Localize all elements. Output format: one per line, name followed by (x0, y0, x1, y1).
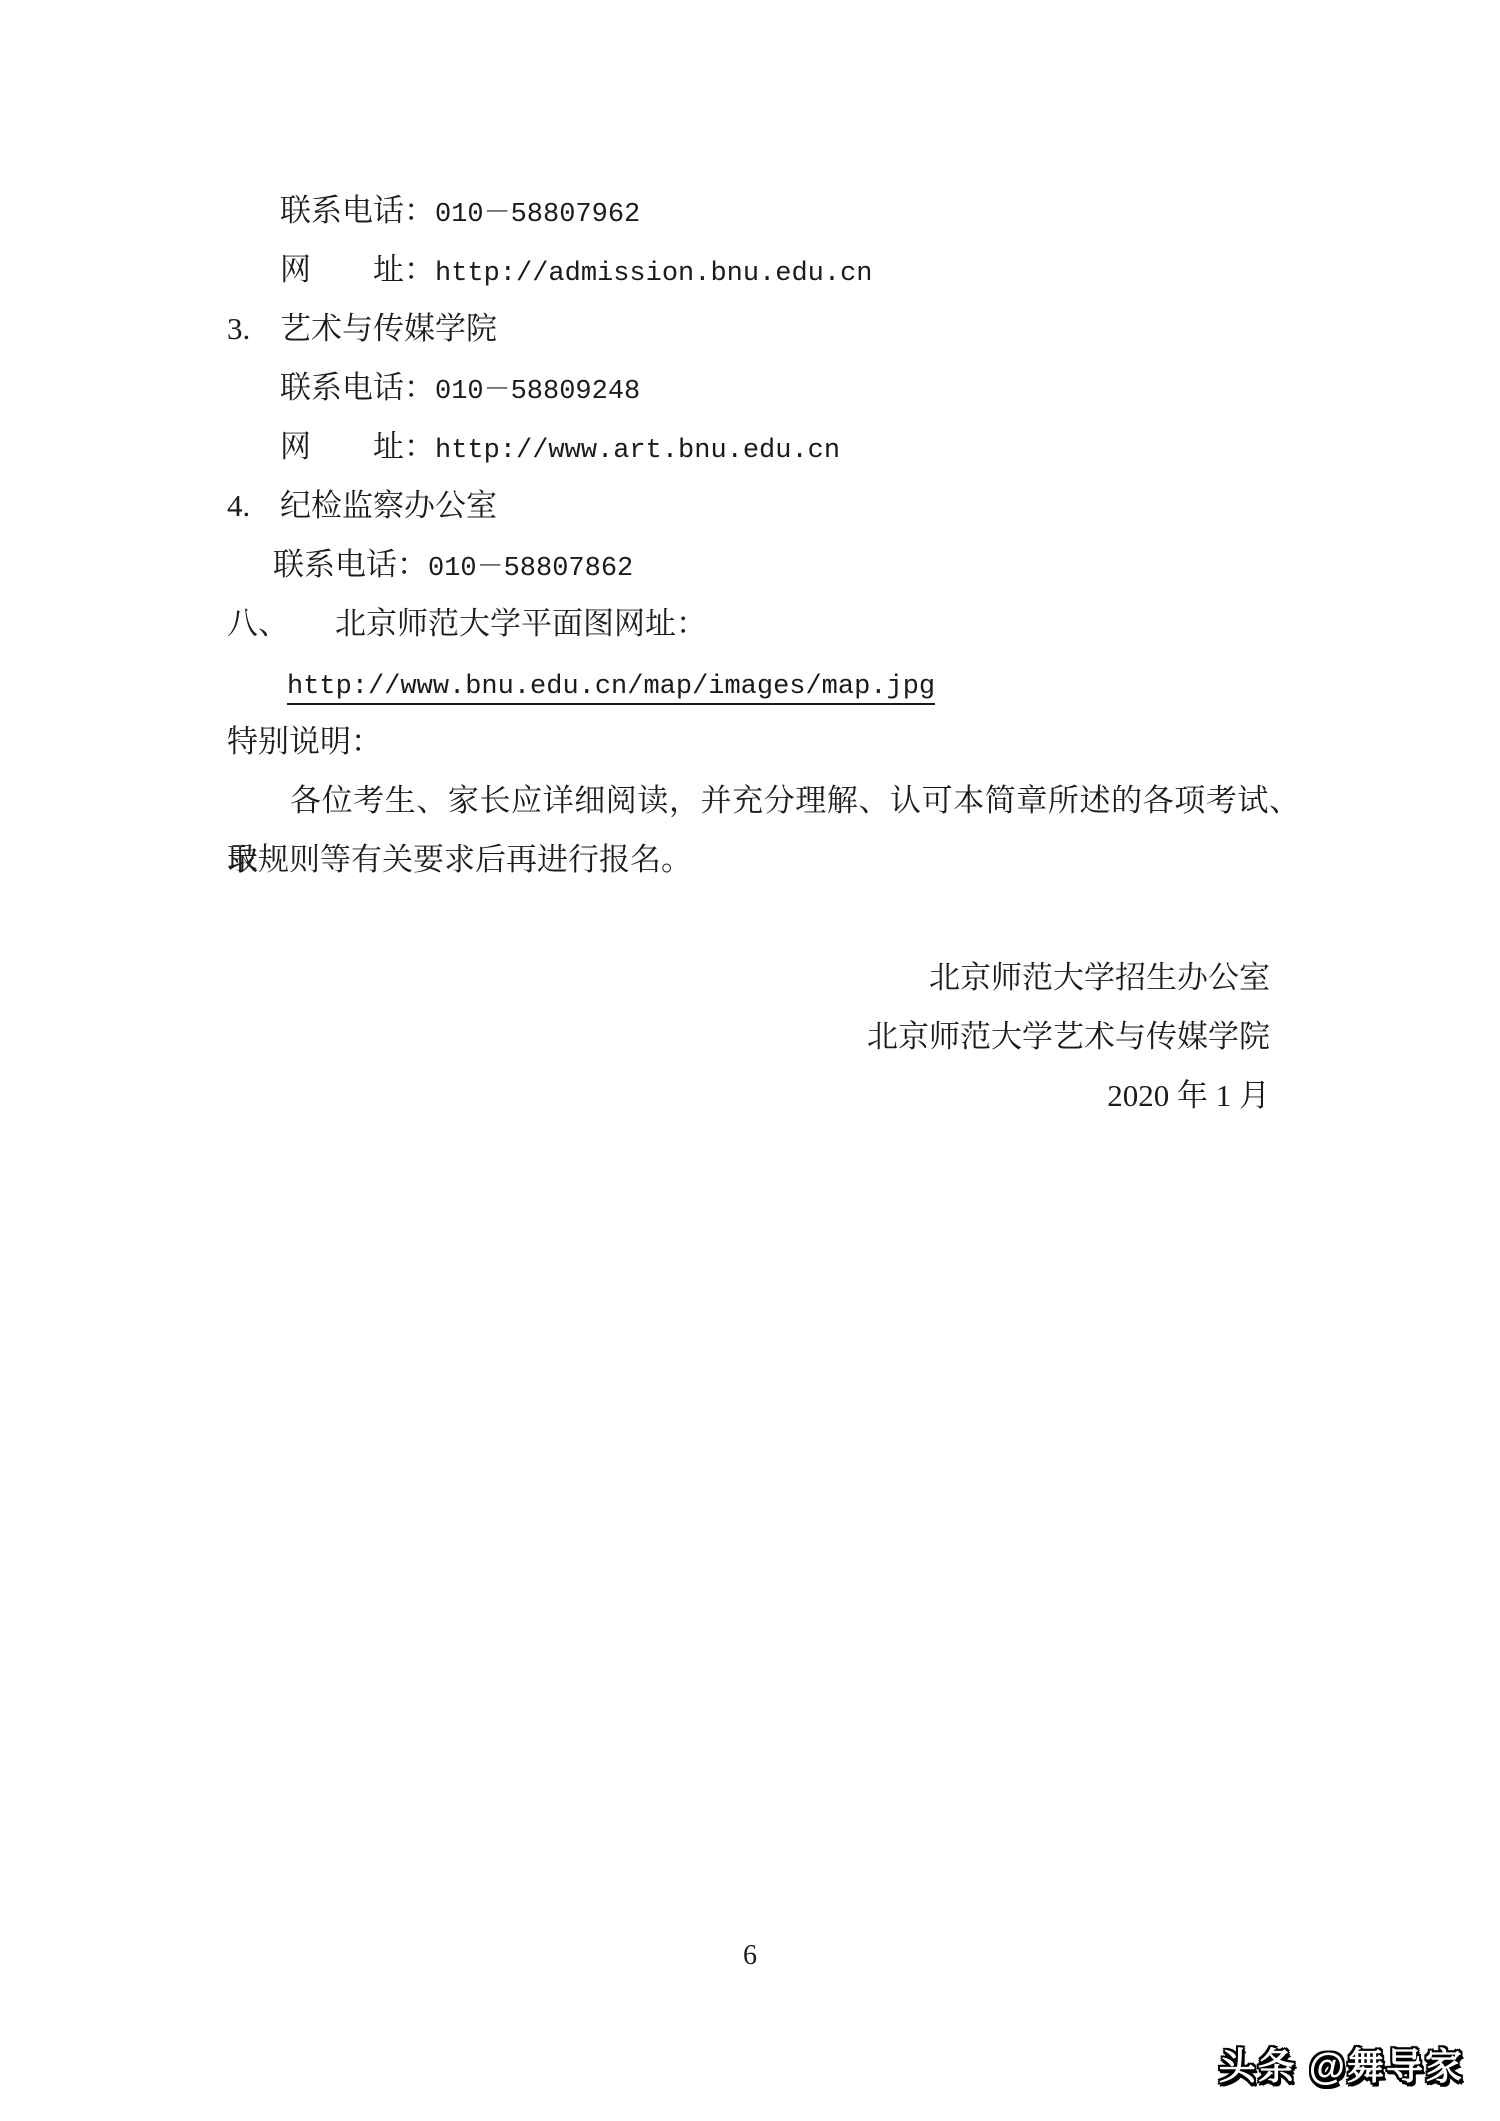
phone-value: 010－58807862 (428, 554, 633, 584)
document-page: 联系电话：010－58807962 网 址：http://admission.b… (0, 0, 1500, 2121)
section-8-heading: 八、北京师范大学平面图网址： (227, 594, 1300, 653)
special-note-text-2: 取规则等有关要求后再进行报名。 (227, 842, 692, 877)
special-note-paragraph-line-1: 各位考生、家长应详细阅读，并充分理解、认可本简章所述的各项考试、录 (227, 771, 1300, 830)
signature-school-text: 北京师范大学艺术与传媒学院 (867, 1019, 1270, 1054)
list-item-3-title: 3.艺术与传媒学院 (227, 299, 1300, 358)
special-note-paragraph-line-2: 取规则等有关要求后再进行报名。 (227, 830, 1300, 889)
page-number: 6 (0, 1941, 1500, 1971)
phone-value: 010－58809248 (435, 377, 640, 407)
section-8-number: 八、 (227, 594, 335, 653)
phone-label: 联系电话： (273, 547, 428, 582)
list-item-3-name: 艺术与传媒学院 (280, 311, 497, 346)
signature-office-line: 北京师范大学招生办公室 (227, 948, 1270, 1007)
signature-date-text: 2020 年 1 月 (1107, 1078, 1270, 1113)
special-note-heading: 特别说明： (227, 712, 1300, 771)
admission-office-website-line: 网 址：http://admission.bnu.edu.cn (227, 240, 1300, 299)
list-item-4-number: 4. (227, 476, 280, 535)
signature-block: 北京师范大学招生办公室 北京师范大学艺术与传媒学院 2020 年 1 月 (227, 948, 1300, 1125)
website-value: http://admission.bnu.edu.cn (435, 259, 872, 289)
phone-label: 联系电话： (280, 193, 435, 228)
art-school-website-line: 网 址：http://www.art.bnu.edu.cn (227, 417, 1300, 476)
campus-map-link-line: http://www.bnu.edu.cn/map/images/map.jpg (227, 653, 1300, 712)
website-label: 网 址： (280, 429, 435, 464)
admission-office-phone-line: 联系电话：010－58807962 (227, 181, 1300, 240)
signature-date-line: 2020 年 1 月 (227, 1066, 1270, 1125)
list-item-3-number: 3. (227, 299, 280, 358)
signature-office-text: 北京师范大学招生办公室 (929, 960, 1270, 995)
website-label: 网 址： (280, 252, 435, 287)
document-body: 联系电话：010－58807962 网 址：http://admission.b… (227, 181, 1300, 1125)
art-school-phone-line: 联系电话：010－58809248 (227, 358, 1300, 417)
website-value: http://www.art.bnu.edu.cn (435, 436, 840, 466)
list-item-4-title: 4.纪检监察办公室 (227, 476, 1300, 535)
phone-label: 联系电话： (280, 370, 435, 405)
special-note-heading-text: 特别说明： (227, 724, 382, 759)
phone-value: 010－58807962 (435, 200, 640, 230)
discipline-office-phone-line: 联系电话：010－58807862 (227, 535, 1300, 594)
blank-line-spacer (227, 889, 1300, 948)
list-item-4-name: 纪检监察办公室 (280, 488, 497, 523)
signature-school-line: 北京师范大学艺术与传媒学院 (227, 1007, 1270, 1066)
toutiao-watermark: 头条 @舞导家 (1219, 2046, 1464, 2088)
section-8-title: 北京师范大学平面图网址： (335, 606, 707, 641)
campus-map-link[interactable]: http://www.bnu.edu.cn/map/images/map.jpg (287, 672, 935, 705)
